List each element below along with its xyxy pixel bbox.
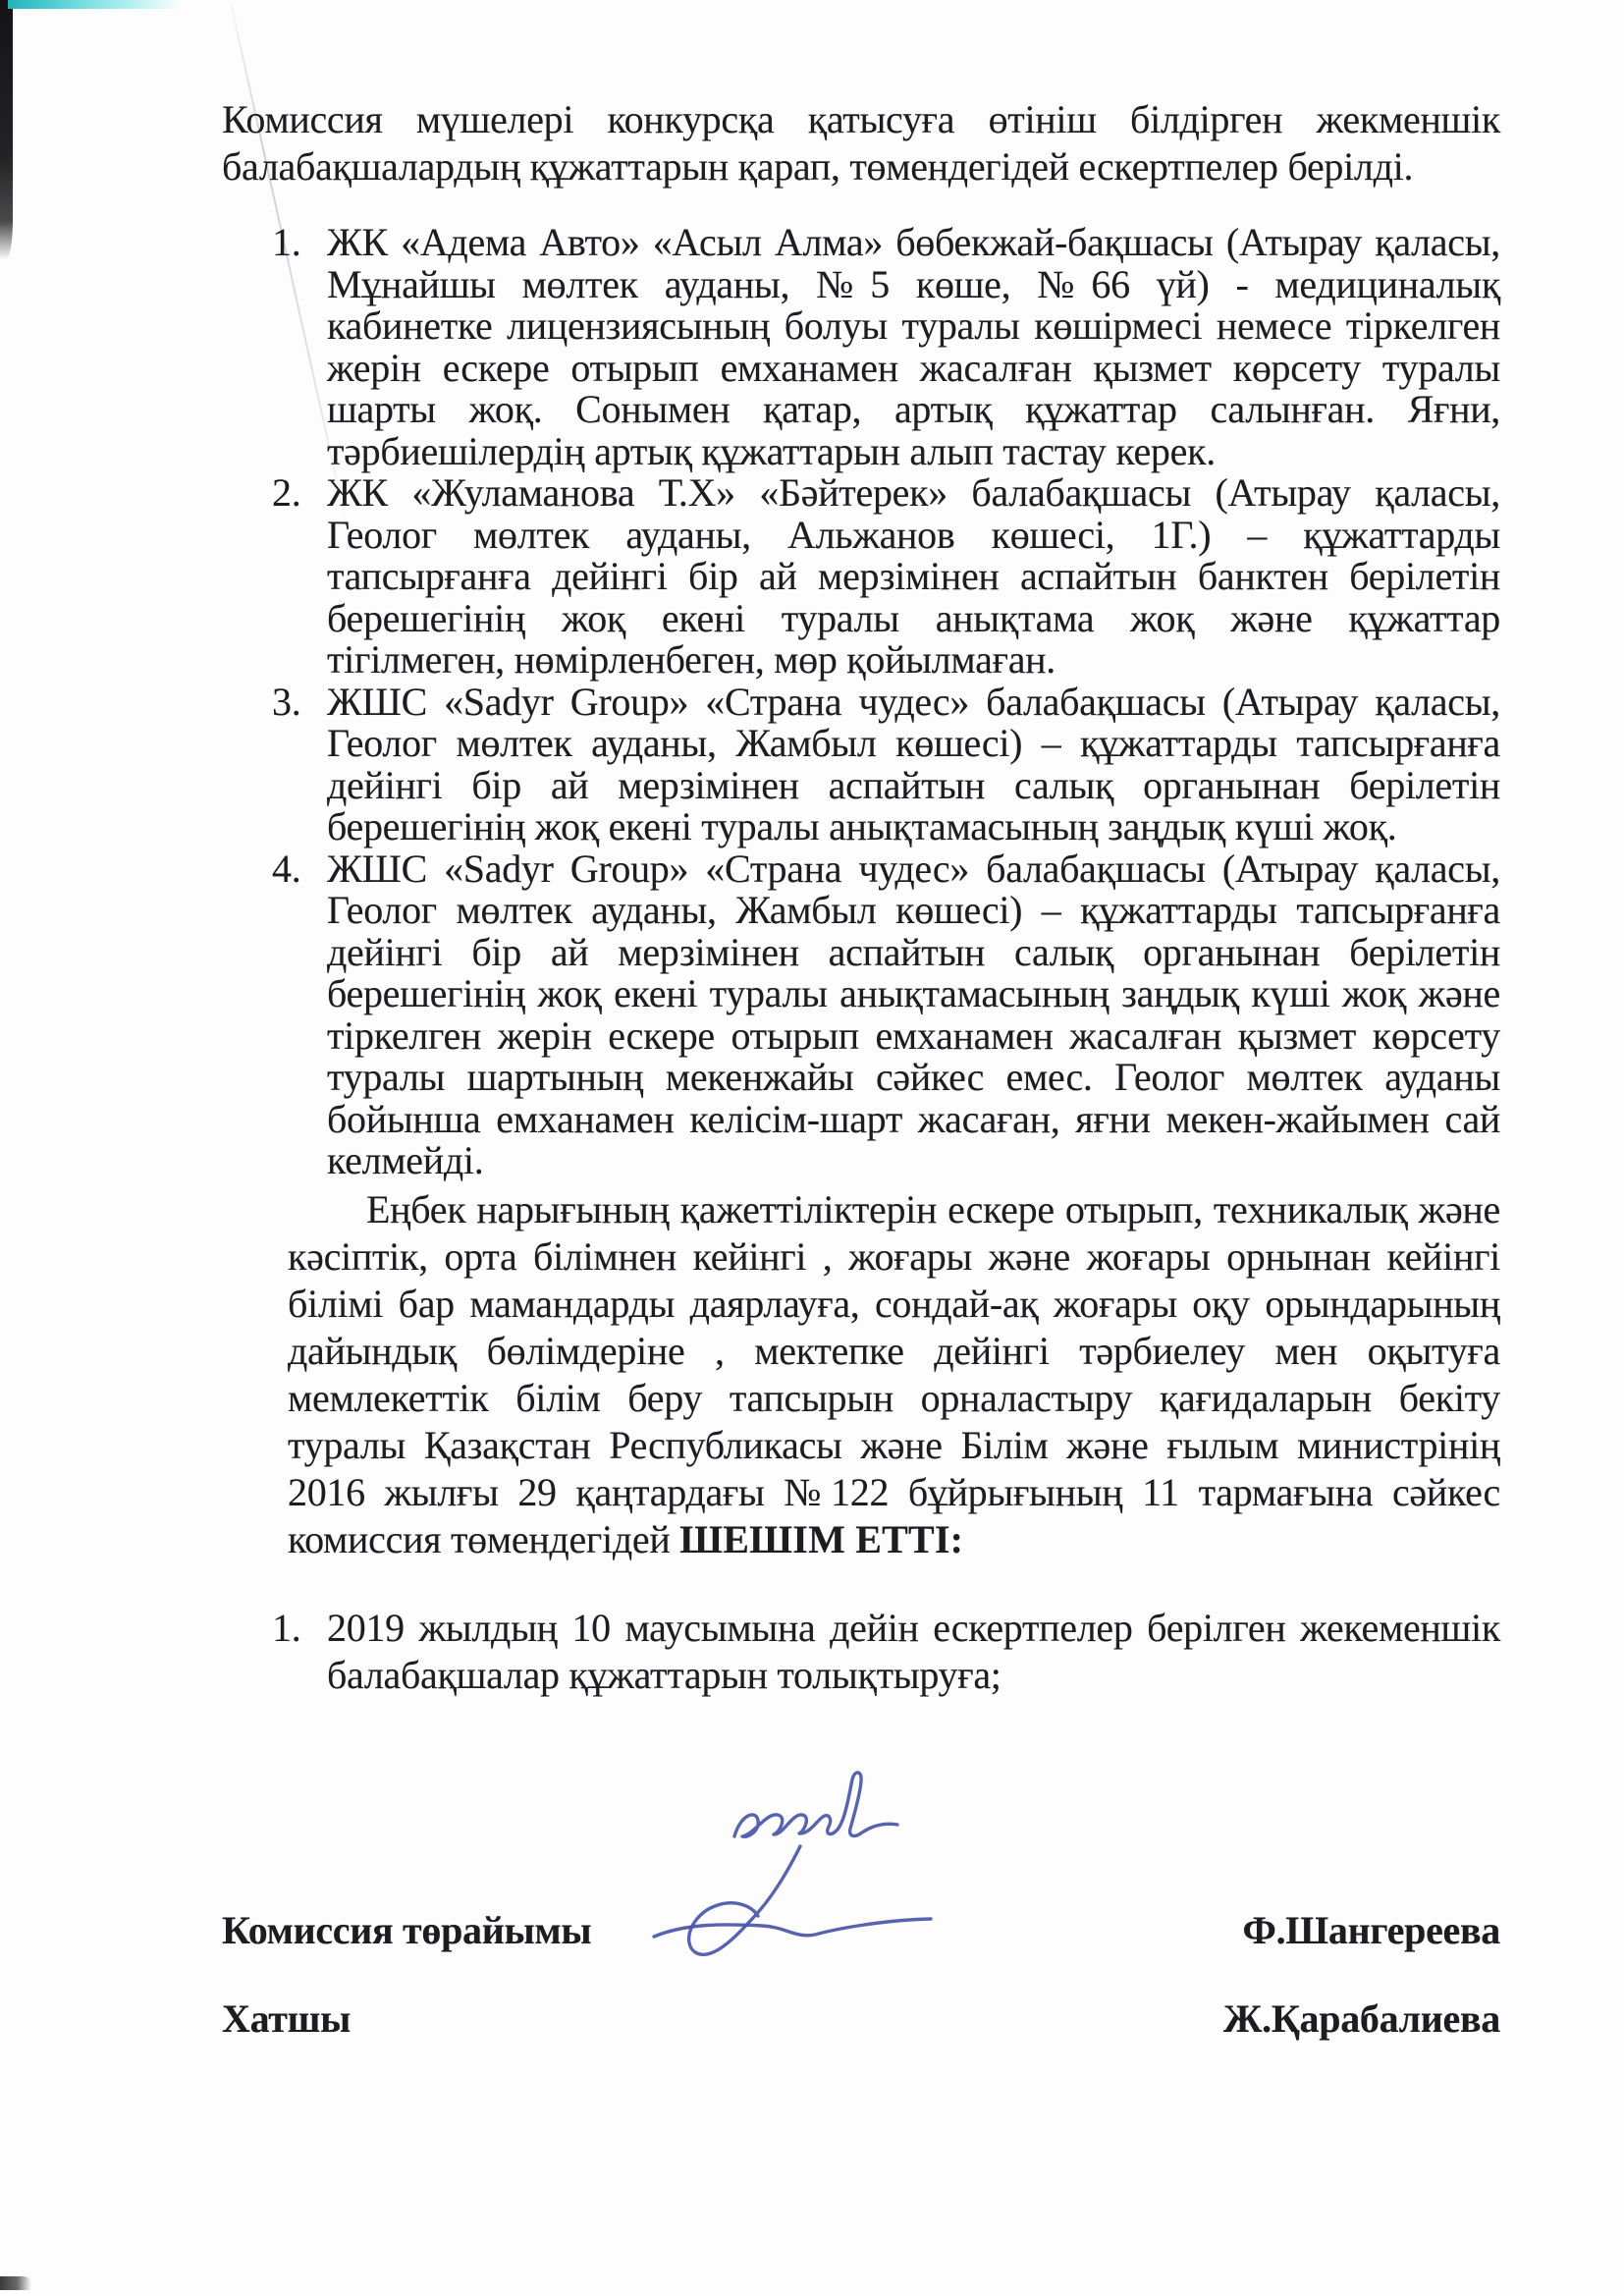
signature-name-secretary: Ж.Қарабалиева bbox=[1223, 1995, 1500, 2043]
remark-item-4: ЖШС «Sadyr Group» «Страна чудес» балабақ… bbox=[327, 848, 1500, 1182]
resolution-paragraph: Еңбек нарығының қажеттіліктерін ескере о… bbox=[288, 1186, 1500, 1563]
resolution-text: Еңбек нарығының қажеттіліктерін ескере о… bbox=[288, 1187, 1500, 1561]
signature-name-chair: Ф.Шангереева bbox=[1243, 1907, 1500, 1954]
decisions-list: 2019 жылдың 10 маусымына дейін ескертпел… bbox=[222, 1605, 1500, 1699]
scan-scanner-strip bbox=[8, 0, 183, 9]
signature-role-secretary: Хатшы bbox=[222, 1995, 351, 2043]
remark-item-1: ЖК «Адема Авто» «Асыл Алма» бөбекжай-бақ… bbox=[327, 222, 1500, 472]
remark-item-3: ЖШС «Sadyr Group» «Страна чудес» балабақ… bbox=[327, 682, 1500, 848]
remarks-list: ЖК «Адема Авто» «Асыл Алма» бөбекжай-бақ… bbox=[222, 222, 1500, 1182]
signature-block: Комиссия төрайымы Ф.Шангереева Хатшы Ж.Қ… bbox=[222, 1907, 1500, 2043]
remark-item-2: ЖК «Жуламанова Т.Х» «Бәйтерек» балабақша… bbox=[327, 472, 1500, 682]
scan-edge-shadow bbox=[0, 0, 13, 260]
intro-paragraph: Комиссия мүшелері конкурсқа қатысуға өті… bbox=[222, 96, 1500, 191]
signature-role-chair: Комиссия төрайымы bbox=[222, 1907, 591, 1954]
signature-row-chair: Комиссия төрайымы Ф.Шангереева bbox=[222, 1907, 1500, 1954]
decision-heading: ШЕШІМ ЕТТІ: bbox=[679, 1517, 963, 1561]
decision-item-1: 2019 жылдың 10 маусымына дейін ескертпел… bbox=[327, 1605, 1500, 1699]
document-body: Комиссия мүшелері конкурсқа қатысуға өті… bbox=[222, 96, 1500, 2043]
scanned-document-page: Комиссия мүшелері конкурсқа қатысуға өті… bbox=[0, 0, 1624, 2296]
scan-corner-smudge bbox=[0, 2276, 31, 2290]
signature-row-secretary: Хатшы Ж.Қарабалиева bbox=[222, 1995, 1500, 2043]
